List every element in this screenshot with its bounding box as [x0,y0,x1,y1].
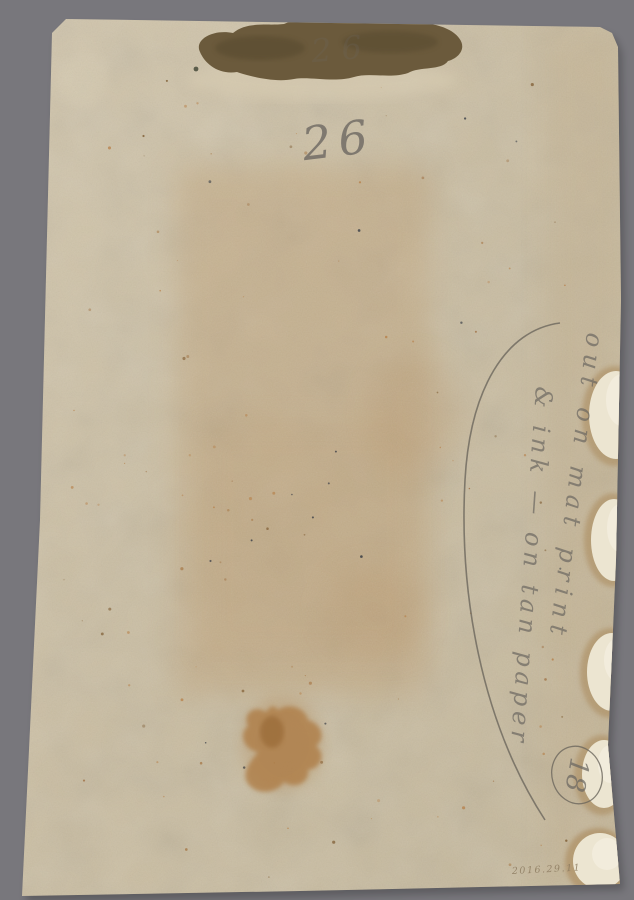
foxing-speck [227,509,230,512]
foxing-speck [544,678,547,681]
foxing-speck [338,260,339,261]
foxing-speck [200,762,203,765]
adhesive-dark-streak-left [215,36,305,60]
foxing-speck [166,80,168,82]
foxing-speck [437,392,439,394]
foxing-speck [509,267,511,269]
foxing-speck [412,340,414,342]
foxing-speck [268,876,270,878]
foxing-speck [156,761,158,763]
dark-fiber-speck [464,117,466,119]
foxing-speck [85,502,88,505]
foxing-speck [422,177,425,180]
foxing-speck [481,242,483,244]
dark-fiber-speck [209,180,212,183]
stain-blob-wash [240,696,324,792]
foxing-speck [552,658,554,660]
foxing-speck [82,620,83,621]
artwork-photo: 26 [0,0,634,900]
foxing-speck [224,578,226,580]
adhesive-ghost-number: 26 [309,27,374,70]
foxing-speck [124,463,125,464]
dark-fiber-speck [312,516,314,518]
foxing-speck [494,435,496,437]
foxing-speck [182,357,185,360]
foxing-speck [124,454,126,456]
foxing-speck [462,806,465,809]
foxing-speck [88,308,91,311]
foxing-speck [210,153,212,155]
foxing-speck [309,682,312,685]
photo-of-paper-verso: 26 [0,0,634,900]
foxing-speck [182,495,184,497]
foxing-speck [506,159,509,162]
foxing-speck [146,471,147,472]
foxing-speck [71,486,74,489]
foxing-speck [184,105,187,108]
foxing-speck [128,684,130,686]
foxing-speck [287,828,289,830]
foxing-speck [564,284,566,286]
foxing-speck [565,839,567,841]
foxing-speck [299,692,301,694]
foxing-speck [186,355,189,358]
foxing-speck [213,506,215,508]
foxing-speck [304,534,306,536]
foxing-speck [185,848,188,851]
foxing-speck [108,608,111,611]
foxing-speck [531,83,534,86]
foxing-speck [177,260,178,261]
foxing-speck [469,488,471,490]
foxing-speck [142,725,145,728]
dark-fiber-speck [324,723,326,725]
foxing-speck [127,631,130,634]
stain-blob [240,696,324,792]
dark-fiber-speck [209,560,211,562]
foxing-speck [377,799,380,802]
foxing-speck [247,203,250,206]
dark-fiber-speck [460,321,462,323]
stain-blob-core [260,716,284,748]
dark-fiber-speck [360,555,363,558]
foxing-speck [181,698,184,701]
foxing-speck [157,230,160,233]
foxing-speck [542,646,544,648]
foxing-speck [245,414,248,417]
foxing-speck [561,716,563,718]
foxing-speck [441,499,443,501]
dark-fiber-speck [335,451,337,453]
foxing-speck [437,816,439,818]
foxing-speck [63,579,64,580]
foxing-speck [249,497,252,500]
foxing-speck [487,281,489,283]
foxing-speck [404,615,406,617]
circled-number-text: 18 [558,755,594,794]
foxing-speck [242,690,245,693]
foxing-speck [73,410,74,411]
foxing-speck [359,181,361,183]
foxing-speck [163,796,165,798]
foxing-speck [452,460,453,461]
foxing-speck [213,445,216,448]
foxing-speck [493,781,494,782]
foxing-speck [540,845,541,846]
foxing-speck [398,698,399,699]
foxing-speck [272,492,275,495]
foxing-speck [290,145,293,148]
paper-sheet: 26 [0,0,634,900]
foxing-speck [371,818,372,819]
foxing-speck [266,527,269,530]
foxing-speck [539,725,542,728]
foxing-speck [332,841,335,844]
dark-fiber-speck [291,494,293,496]
foxing-speck [97,504,99,506]
foxing-speck [159,290,161,292]
foxing-speck [101,632,104,635]
foxing-speck [195,666,196,667]
foxing-speck [291,666,293,668]
foxing-speck [231,480,233,482]
adhesive-crumb [194,67,199,72]
top-number: 26 [298,109,378,172]
foxing-speck [385,336,388,339]
foxing-speck [386,115,387,116]
foxing-speck [475,331,477,333]
foxing-speck [144,155,145,156]
foxing-speck [305,675,306,676]
dark-fiber-speck [358,229,361,232]
foxing-speck [251,519,253,521]
dark-fiber-speck [328,482,330,484]
foxing-speck [440,447,441,448]
foxing-speck [142,135,144,137]
foxing-speck [220,561,222,563]
dark-fiber-speck [515,140,517,142]
dark-fiber-speck [205,742,207,744]
dark-fiber-speck [251,539,253,541]
foxing-speck [542,753,545,756]
foxing-speck [243,296,244,297]
foxing-speck [296,133,297,134]
foxing-speck [554,221,555,222]
foxing-speck [196,102,198,104]
foxing-speck [189,454,191,456]
foxing-speck [108,146,111,149]
foxing-speck [180,567,183,570]
foxing-speck [83,780,85,782]
